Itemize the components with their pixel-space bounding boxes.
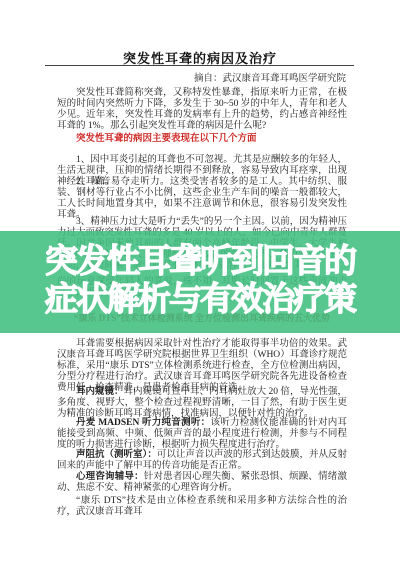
document-page: 突发性耳聋的病因及治疗 摘自：武汉康音耳聋耳鸣医学研究院 突发性耳聋简称突聋，又… bbox=[0, 0, 400, 566]
cause-item-2: 2、噪音易夺走听力。这类受害者较多的是工人。其中纺织、服装、钢材等行业占不小比例… bbox=[57, 177, 347, 221]
doc-source-line: 摘自：武汉康音耳聋耳鸣医学研究院 bbox=[57, 70, 346, 84]
causes-section-heading: 突发性耳聋的病因主要表现在以下几个方面 bbox=[57, 134, 347, 145]
promo-overlay-banner: 突发性耳聋听到回音的 症状解析与有效治疗策 bbox=[0, 231, 400, 333]
footer-paragraph: “康乐 DTS”技术是由立体检查系统和采用多种方法综合性的治疗，武汉康音耳聋耳 bbox=[57, 496, 347, 518]
method-lead-madsen: 丹麦 MADSEN 听力纯音测听： bbox=[76, 418, 210, 428]
promo-overlay-title-line1: 突发性耳聋听到回音的 bbox=[45, 242, 355, 280]
method-paragraph-counseling: 心理咨询辅导：针对患者因心理失衡、紧张恐惧、烦躁、情绪激动、焦虑不安、精神紧张的… bbox=[57, 472, 347, 494]
treatment-intro-paragraph: 耳聋需要根据病因采取针对性治疗才能取得事半功倍的效果。武汉康音耳聋耳鸣医学研究院… bbox=[57, 339, 347, 394]
method-lead-impedance: 声阻抗（测听室）： bbox=[76, 450, 157, 460]
method-paragraph-madsen: 丹麦 MADSEN 听力纯音测听：该听力检测仪能准确的针对内耳能接受到高频、中频… bbox=[57, 418, 347, 451]
method-lead-counseling: 心理咨询辅导： bbox=[76, 472, 144, 482]
method-paragraph-impedance: 声阻抗（测听室）：可以让声音以声波的形式到达鼓膜，并从反射回来的声能中了解中耳的… bbox=[57, 450, 347, 472]
title-divider bbox=[45, 65, 354, 66]
method-lead-endoscope: 耳内窥镜： bbox=[76, 387, 124, 397]
method-paragraph-endoscope: 耳内窥镜：耳内窥镜可查中耳、内耳病灶放大 20 倍，导光性强，多角度、视野大，整… bbox=[57, 387, 347, 420]
intro-paragraph: 突发性耳聋简称突聋，又称特发性暴聋，指原来听力正常，在极短的时间内突然听力下降，… bbox=[57, 88, 347, 132]
promo-overlay-title-line2: 症状解析与有效治疗策 bbox=[45, 280, 355, 318]
